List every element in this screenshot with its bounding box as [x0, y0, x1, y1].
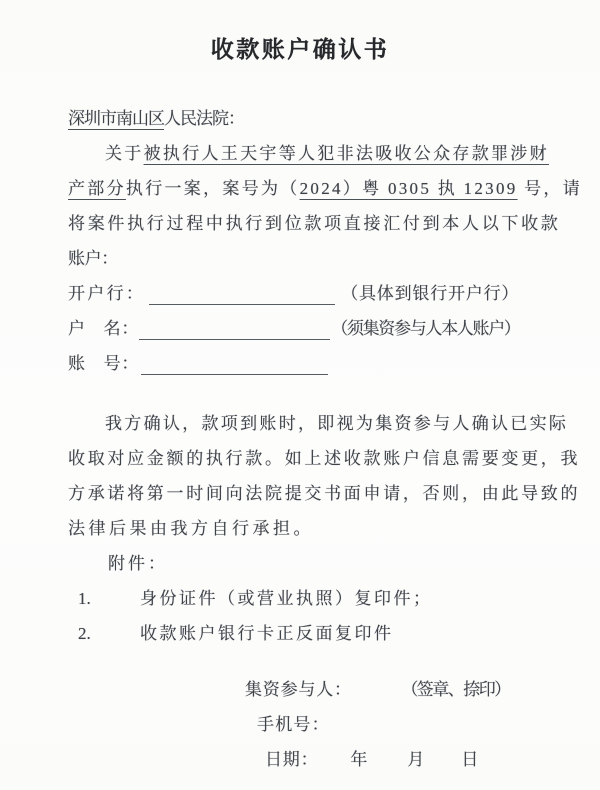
defendant-case-underlined: 被执行人王天宇等人犯非法吸收公众存款罪涉财 — [144, 144, 549, 163]
document-title: 收款账户确认书 — [0, 31, 600, 64]
intro-prefix: 关于 — [105, 144, 144, 163]
document-body: 深圳市南山区人民法院： 关于被执行人王天宇等人犯非法吸收公众存款罪涉财 产部分执… — [68, 101, 548, 777]
seal-fingerprint-note: （签章、捺印） — [410, 680, 510, 699]
case-intro-line-2: 产部分执行一案，案号为（2024）粤 0305 执 12309 号，请 — [68, 171, 548, 206]
case-number-prefix: 执行一案，案号为（ — [126, 179, 300, 198]
date-day-char: 日 — [461, 750, 478, 769]
confirmation-line-4: 法律后果由我方自行承担。 — [68, 511, 548, 546]
confirmation-line-1: 我方确认，款项到账时，即视为集资参与人确认已实际 — [68, 406, 548, 441]
bank-field-label: 开户行： — [68, 284, 145, 303]
signature-block: 集资参与人：（签章、捺印） 手机号： 日期：年月日 — [68, 672, 548, 777]
case-part-underlined: 产部分 — [68, 179, 126, 198]
date-year-char: 年 — [350, 750, 367, 769]
attachment-1-number: 1. — [78, 581, 140, 616]
attachment-2-text: 收款账户银行卡正反面复印件 — [140, 624, 394, 643]
signature-party-row: 集资参与人：（签章、捺印） — [68, 672, 548, 707]
attachment-1-text: 身份证件（或营业执照）复印件； — [140, 589, 433, 608]
account-name-field-blank — [139, 316, 330, 340]
attachment-item-2: 2.收款账户银行卡正反面复印件 — [68, 616, 548, 651]
bank-field-blank — [149, 281, 335, 305]
bank-field-note: （具体到银行开户行） — [341, 284, 519, 303]
court-name-underlined: 深圳市南山区 — [68, 109, 164, 128]
field-row-bank: 开户行：（具体到银行开户行） — [68, 276, 548, 311]
date-month-char: 月 — [407, 750, 424, 769]
field-row-account-number: 账 号： — [68, 346, 548, 381]
signature-phone-row: 手机号： — [68, 707, 548, 742]
scanned-document-page: 收款账户确认书 深圳市南山区人民法院： 关于被执行人王天宇等人犯非法吸收公众存款… — [0, 0, 600, 790]
signature-date-row: 日期：年月日 — [68, 742, 548, 777]
account-number-field-blank — [141, 351, 328, 375]
party-label: 集资参与人： — [245, 680, 352, 699]
attachment-2-number: 2. — [78, 616, 140, 651]
attachment-item-1: 1.身份证件（或营业执照）复印件； — [68, 581, 548, 616]
salutation-line: 深圳市南山区人民法院： — [68, 101, 548, 136]
account-name-field-label: 户 名： — [68, 319, 139, 338]
confirmation-line-2: 收取对应金额的执行款。如上述收款账户信息需要变更，我 — [68, 441, 548, 476]
case-intro-line-3: 将案件执行过程中执行到位款项直接汇付到本人以下收款 — [68, 206, 548, 241]
case-number-underlined: 2024）粤 0305 执 12309 — [300, 179, 518, 198]
field-row-account-name: 户 名：（须集资参与人本人账户） — [68, 311, 548, 346]
date-label: 日期： — [265, 750, 318, 769]
case-intro-line-4: 账户： — [68, 241, 548, 276]
case-number-suffix: 号，请 — [518, 179, 582, 198]
attachments-heading: 附件： — [68, 546, 548, 581]
court-name-rest: 人民法院： — [164, 109, 244, 128]
confirmation-paragraph: 我方确认，款项到账时，即视为集资参与人确认已实际 收取对应金额的执行款。如上述收… — [68, 406, 548, 546]
case-intro-line-1: 关于被执行人王天宇等人犯非法吸收公众存款罪涉财 — [68, 136, 548, 171]
account-number-field-label: 账 号： — [68, 354, 139, 373]
confirmation-line-3: 方承诺将第一时间向法院提交书面申请，否则，由此导致的 — [68, 476, 548, 511]
phone-label: 手机号： — [257, 715, 330, 734]
account-name-field-note: （须集资参与人本人账户） — [331, 319, 519, 338]
